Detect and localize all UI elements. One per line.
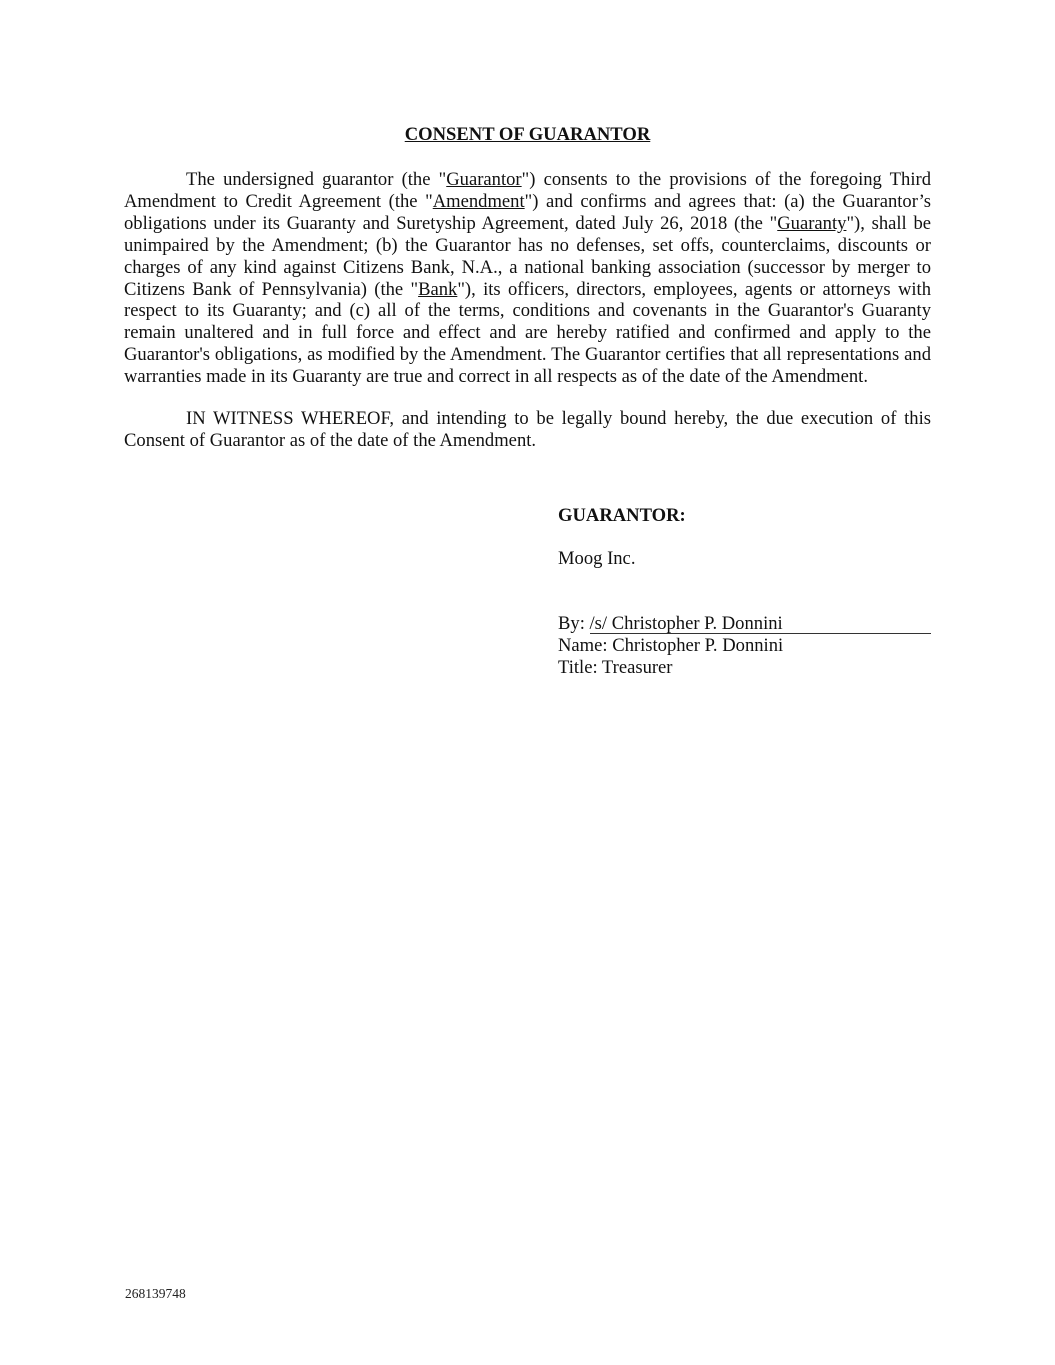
defined-term-bank: Bank bbox=[418, 279, 457, 300]
defined-term-guarantor: Guarantor bbox=[446, 169, 521, 190]
by-label: By: bbox=[558, 613, 590, 634]
defined-term-amendment: Amendment bbox=[433, 191, 525, 212]
text-segment: The undersigned guarantor (the " bbox=[186, 169, 446, 190]
signatory-title: Title: Treasurer bbox=[558, 657, 931, 679]
document-title: CONSENT OF GUARANTOR bbox=[0, 124, 1055, 146]
document-id-footer: 268139748 bbox=[125, 1286, 186, 1302]
signature-heading: GUARANTOR: bbox=[558, 505, 931, 527]
consent-paragraph: The undersigned guarantor (the "Guaranto… bbox=[124, 169, 931, 388]
signatory-company: Moog Inc. bbox=[558, 548, 931, 570]
signatory-name: Name: Christopher P. Donnini bbox=[558, 635, 931, 657]
signature-value: /s/ Christopher P. Donnini bbox=[590, 613, 783, 634]
signature-by-line: By: /s/ Christopher P. Donnini bbox=[558, 613, 931, 635]
witness-paragraph: IN WITNESS WHEREOF, and intending to be … bbox=[124, 408, 931, 452]
signature-line: /s/ Christopher P. Donnini bbox=[590, 614, 931, 634]
defined-term-guaranty: Guaranty bbox=[777, 213, 846, 234]
